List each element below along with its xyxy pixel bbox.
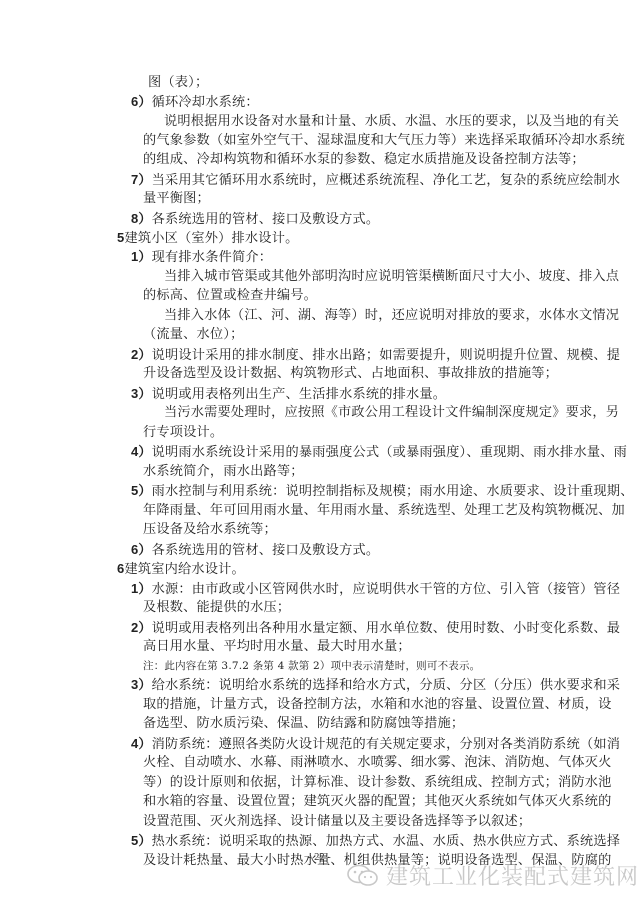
item-number: 8） [131, 211, 152, 226]
list-item: 6）循环冷却水系统： [131, 93, 259, 112]
line-text: 图（表）； [148, 75, 208, 90]
line-text: 和水箱的容量、设置位置；建筑灭火器的配置；其他灭火系统如气体灭火系统的 [143, 794, 612, 809]
line-text: 年降雨量、年可回用雨水量、年用雨水量、系统选型、处理工艺及构筑物概况、加 [143, 503, 625, 518]
line-text: 备选型、防水质污染、保温、防结露和防腐蚀等措施； [143, 716, 464, 731]
list-item: 8）各系统选用的管材、接口及敷设方式。 [131, 210, 379, 229]
line-text: 的组成、冷却构筑物和循环水泵的参数、稳定水质措施及设备控制方法等； [143, 152, 585, 167]
text-line: 等）的设计原则和依据，计算标准、设计参数、系统组成、控制方式；消防水池 [143, 774, 612, 792]
text-line: 压设备及给水系统等； [143, 521, 277, 539]
text-line: 火栓、自动喷水、水幕、雨淋喷水、水喷雾、细水雾、泡沫、消防炮、气体灭火 [143, 754, 612, 772]
line-text: 行专项设计。 [143, 425, 223, 440]
text-line: 量平衡图； [143, 190, 210, 208]
text-line: 及根数、能提供的水压； [143, 599, 290, 617]
line-text: 的标高、位置或检查井编号。 [143, 288, 317, 303]
item-number: 5） [131, 833, 152, 848]
line-text: 升设备选型及设计数据、构筑物形式、占地面积、事故排放的措施等； [143, 366, 558, 381]
wechat-icon [346, 864, 380, 888]
line-text: 火栓、自动喷水、水幕、雨淋喷水、水喷雾、细水雾、泡沫、消防炮、气体灭火 [143, 755, 612, 770]
text-line: 水系统简介，雨水出路等； [143, 463, 304, 481]
line-text: 注：此内容在第 3.7.2 条第 4 款第 2）项中表示清楚时，则可不表示。 [143, 660, 480, 672]
line-text: 及根数、能提供的水压； [143, 600, 290, 615]
item-number: 4） [131, 444, 152, 459]
list-item: 2）说明设计采用的排水制度、排水出路；如需要提升，则说明提升位置、规模、提 [131, 346, 620, 365]
line-text: 量平衡图； [143, 191, 210, 206]
text-line: 取的措施，计量方式，设备控制方法，水箱和水池的容量、设置位置、材质，设 [143, 696, 612, 714]
line-text: 当排入水体（江、河、湖、海等）时，还应说明对排放的要求，水体水文情况 [164, 308, 619, 323]
line-text: 高日用水量、平均时用水量、最大时用水量； [143, 639, 411, 654]
item-number: 7） [131, 172, 152, 187]
line-text: 等）的设计原则和依据，计算标准、设计参数、系统组成、控制方式；消防水池 [143, 775, 612, 790]
document-page: 图（表）；6）循环冷却水系统：说明根据用水设备对水量和计量、水质、水温、水压的要… [0, 0, 640, 905]
line-text: 各系统选用的管材、接口及敷设方式。 [152, 543, 380, 558]
text-line: 图（表）； [148, 74, 208, 92]
text-line: 年降雨量、年可回用雨水量、年用雨水量、系统选型、处理工艺及构筑物概况、加 [143, 502, 625, 520]
line-text: 循环冷却水系统： [152, 95, 259, 110]
line-text: 热水系统：说明采取的热源、加热方式、水温、水质、热水供应方式、系统选择 [152, 834, 621, 849]
text-line: 设置范围、灭火剂选择、设计储量以及主要设备选择等予以叙述； [143, 813, 531, 831]
line-text: 当排入城市管渠或其他外部明沟时应说明管渠横断面尺寸大小、坡度、排入点 [164, 269, 619, 284]
text-line: 高日用水量、平均时用水量、最大时用水量； [143, 638, 411, 656]
line-text: 说明设计采用的排水制度、排水出路；如需要提升，则说明提升位置、规模、提 [152, 348, 621, 363]
watermark-text: 建筑工业化装配式建筑网 [386, 860, 639, 891]
text-line: 当排入水体（江、河、湖、海等）时，还应说明对排放的要求，水体水文情况 [164, 307, 619, 325]
line-text: 建筑小区（室外）排水设计。 [124, 231, 298, 246]
text-line: 行专项设计。 [143, 424, 223, 442]
text-line: 备选型、防水质污染、保温、防结露和防腐蚀等措施； [143, 715, 464, 733]
list-item: 4）说明雨水系统设计采用的暴雨强度公式（或暴雨强度）、重现期、雨水排水量、雨 [131, 443, 627, 462]
text-line: 升设备选型及设计数据、构筑物形式、占地面积、事故排放的措施等； [143, 365, 558, 383]
line-text: 水源：由市政或小区管网供水时，应说明供水干管的方位、引入管（接管）管径 [152, 582, 621, 597]
line-text: 给水系统：说明给水系统的选择和给水方式，分质、分区（分压）供水要求和采 [152, 678, 621, 693]
item-number: 4） [131, 736, 152, 751]
line-text: 现有排水条件简介： [152, 250, 273, 265]
list-item: 2）说明或用表格列出各种用水量定额、用水单位数、使用时数、小时变化系数、最 [131, 619, 620, 638]
list-item: 1）现有排水条件简介： [131, 248, 272, 267]
text-line: 的组成、冷却构筑物和循环水泵的参数、稳定水质措施及设备控制方法等； [143, 151, 585, 169]
line-text: 设置范围、灭火剂选择、设计储量以及主要设备选择等予以叙述； [143, 814, 531, 829]
text-line: 和水箱的容量、设置位置；建筑灭火器的配置；其他灭火系统如气体灭火系统的 [143, 793, 612, 811]
line-text: 说明或用表格列出生产、生活排水系统的排水量。 [152, 387, 447, 402]
text-line: 当污水需要处理时，应按照《市政公用工程设计文件编制深度规定》要求，另 [164, 404, 619, 422]
item-number: 2） [131, 347, 152, 362]
page-number: - 22 - [308, 852, 331, 863]
line-text: 说明根据用水设备对水量和计量、水质、水温、水压的要求，以及当地的有关 [164, 114, 619, 129]
line-text: 消防系统：遵照各类防火设计规范的有关规定要求，分别对各类消防系统（如消 [152, 737, 621, 752]
line-text: 的气象参数（如室外空气干、湿球温度和大气压力等）来选择采取循环冷却水系统 [143, 133, 625, 148]
list-item: 5）热水系统：说明采取的热源、加热方式、水温、水质、热水供应方式、系统选择 [131, 832, 620, 851]
line-text: 取的措施，计量方式，设备控制方法，水箱和水池的容量、设置位置、材质，设 [143, 697, 612, 712]
line-text: 建筑室内给水设计。 [124, 562, 245, 577]
item-number: 6） [131, 94, 152, 109]
line-text: 水系统简介，雨水出路等； [143, 464, 304, 479]
line-text: 压设备及给水系统等； [143, 522, 277, 537]
list-item: 1）水源：由市政或小区管网供水时，应说明供水干管的方位、引入管（接管）管径 [131, 580, 620, 599]
text-line: 当排入城市管渠或其他外部明沟时应说明管渠横断面尺寸大小、坡度、排入点 [164, 268, 619, 286]
text-line: 的标高、位置或检查井编号。 [143, 287, 317, 305]
list-item: 7）当采用其它循环用水系统时，应概述系统流程、净化工艺，复杂的系统应绘制水 [131, 171, 620, 190]
item-number: 6） [131, 542, 152, 557]
list-item: 6建筑室内给水设计。 [117, 560, 245, 579]
text-line: （流量、水位）； [143, 326, 244, 344]
list-item: 4）消防系统：遵照各类防火设计规范的有关规定要求，分别对各类消防系统（如消 [131, 735, 620, 754]
line-text: 说明雨水系统设计采用的暴雨强度公式（或暴雨强度）、重现期、雨水排水量、雨 [152, 445, 627, 460]
list-item: 3）给水系统：说明给水系统的选择和给水方式，分质、分区（分压）供水要求和采 [131, 676, 620, 695]
item-number: 1） [131, 249, 152, 264]
item-number: 3） [131, 677, 152, 692]
watermark: 建筑工业化装配式建筑网 [346, 860, 639, 891]
item-number: 1） [131, 581, 152, 596]
text-line: 的气象参数（如室外空气干、湿球温度和大气压力等）来选择采取循环冷却水系统 [143, 132, 625, 150]
line-text: 说明或用表格列出各种用水量定额、用水单位数、使用时数、小时变化系数、最 [152, 621, 621, 636]
list-item: 6）各系统选用的管材、接口及敷设方式。 [131, 541, 379, 560]
line-text: 各系统选用的管材、接口及敷设方式。 [152, 212, 380, 227]
line-text: 当污水需要处理时，应按照《市政公用工程设计文件编制深度规定》要求，另 [164, 405, 619, 420]
list-item: 5）雨水控制与利用系统：说明控制指标及规模；雨水用途、水质要求、设计重现期、 [131, 482, 634, 501]
text-line: 说明根据用水设备对水量和计量、水质、水温、水压的要求，以及当地的有关 [164, 113, 619, 131]
line-text: 当采用其它循环用水系统时，应概述系统流程、净化工艺，复杂的系统应绘制水 [152, 173, 621, 188]
list-item: 3）说明或用表格列出生产、生活排水系统的排水量。 [131, 385, 446, 404]
list-item: 5建筑小区（室外）排水设计。 [117, 229, 298, 248]
item-number: 3） [131, 386, 152, 401]
line-text: 雨水控制与利用系统：说明控制指标及规模；雨水用途、水质要求、设计重现期、 [152, 484, 634, 499]
line-text: （流量、水位）； [143, 327, 244, 342]
item-number: 5） [131, 483, 152, 498]
item-number: 2） [131, 620, 152, 635]
text-line: 注：此内容在第 3.7.2 条第 4 款第 2）项中表示清楚时，则可不表示。 [143, 657, 480, 675]
